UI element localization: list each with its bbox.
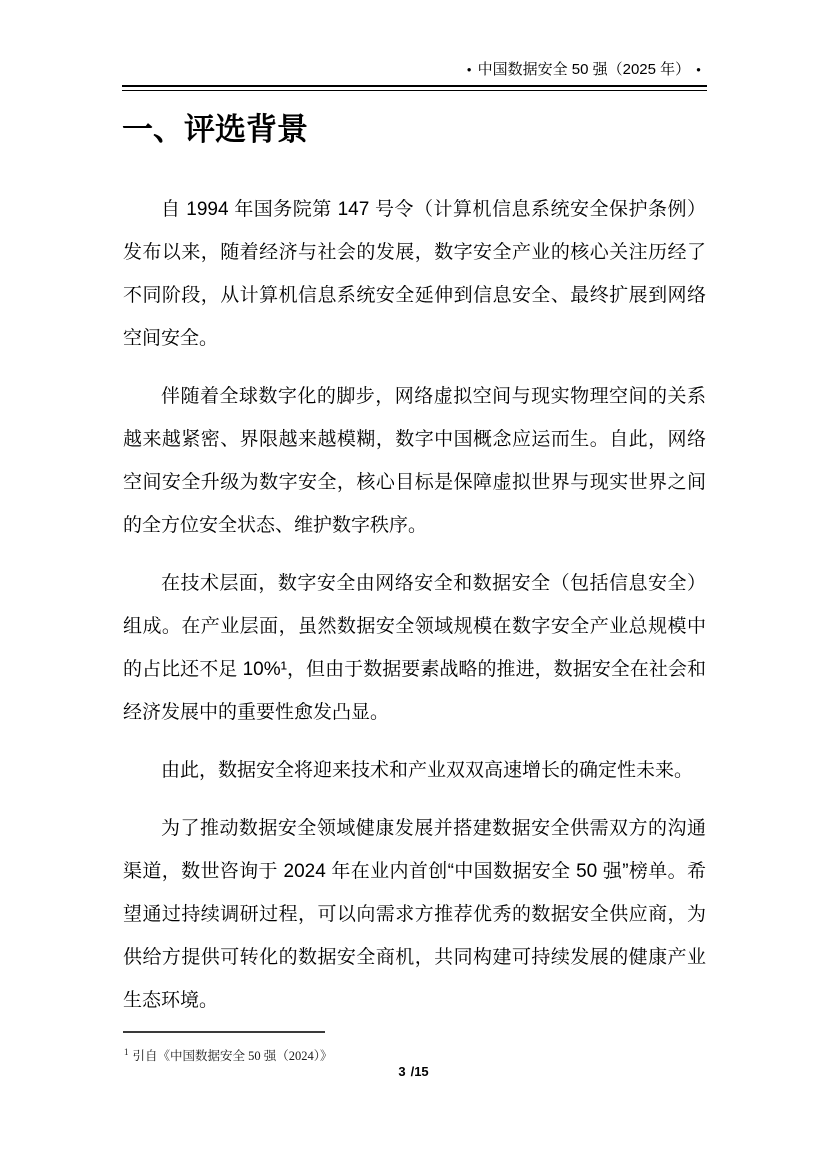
page-number-total: /15 [411, 1064, 429, 1079]
header-bullet-right-icon: ● [696, 60, 701, 79]
page-header: ●中国数据安全 50 强（2025 年）● [122, 60, 707, 91]
document-page: ●中国数据安全 50 强（2025 年）● 一、评选背景 自 1994 年国务院… [0, 0, 827, 1169]
header-title-line: ●中国数据安全 50 强（2025 年）● [122, 60, 707, 79]
page-number: 3/15 [0, 1064, 827, 1079]
paragraph-1: 自 1994 年国务院第 147 号令（计算机信息系统安全保护条例）发布以来，随… [123, 188, 706, 360]
body-text: 自 1994 年国务院第 147 号令（计算机信息系统安全保护条例）发布以来，随… [123, 188, 706, 1037]
paragraph-2: 伴随着全球数字化的脚步，网络虚拟空间与现实物理空间的关系越来越紧密、界限越来越模… [123, 375, 706, 547]
paragraph-4: 由此，数据安全将迎来技术和产业双双高速增长的确定性未来。 [123, 749, 706, 792]
footnote-marker: 1 [124, 1047, 129, 1057]
footnote: 1引自《中国数据安全 50 强（2024）》 [124, 1044, 333, 1065]
paragraph-5: 为了推动数据安全领域健康发展并搭建数据安全供需双方的沟通渠道，数世咨询于 202… [123, 807, 706, 1022]
paragraph-3: 在技术层面，数字安全由网络安全和数据安全（包括信息安全）组成。在产业层面，虽然数… [123, 562, 706, 734]
section-title: 一、评选背景 [122, 109, 308, 151]
header-bullet-left-icon: ● [467, 60, 472, 79]
footnote-text: 引自《中国数据安全 50 强（2024）》 [133, 1049, 333, 1063]
header-title: 中国数据安全 50 强（2025 年） [478, 61, 691, 78]
page-number-current: 3 [398, 1064, 405, 1079]
footnote-separator [123, 1031, 325, 1033]
header-double-rule [122, 85, 707, 91]
